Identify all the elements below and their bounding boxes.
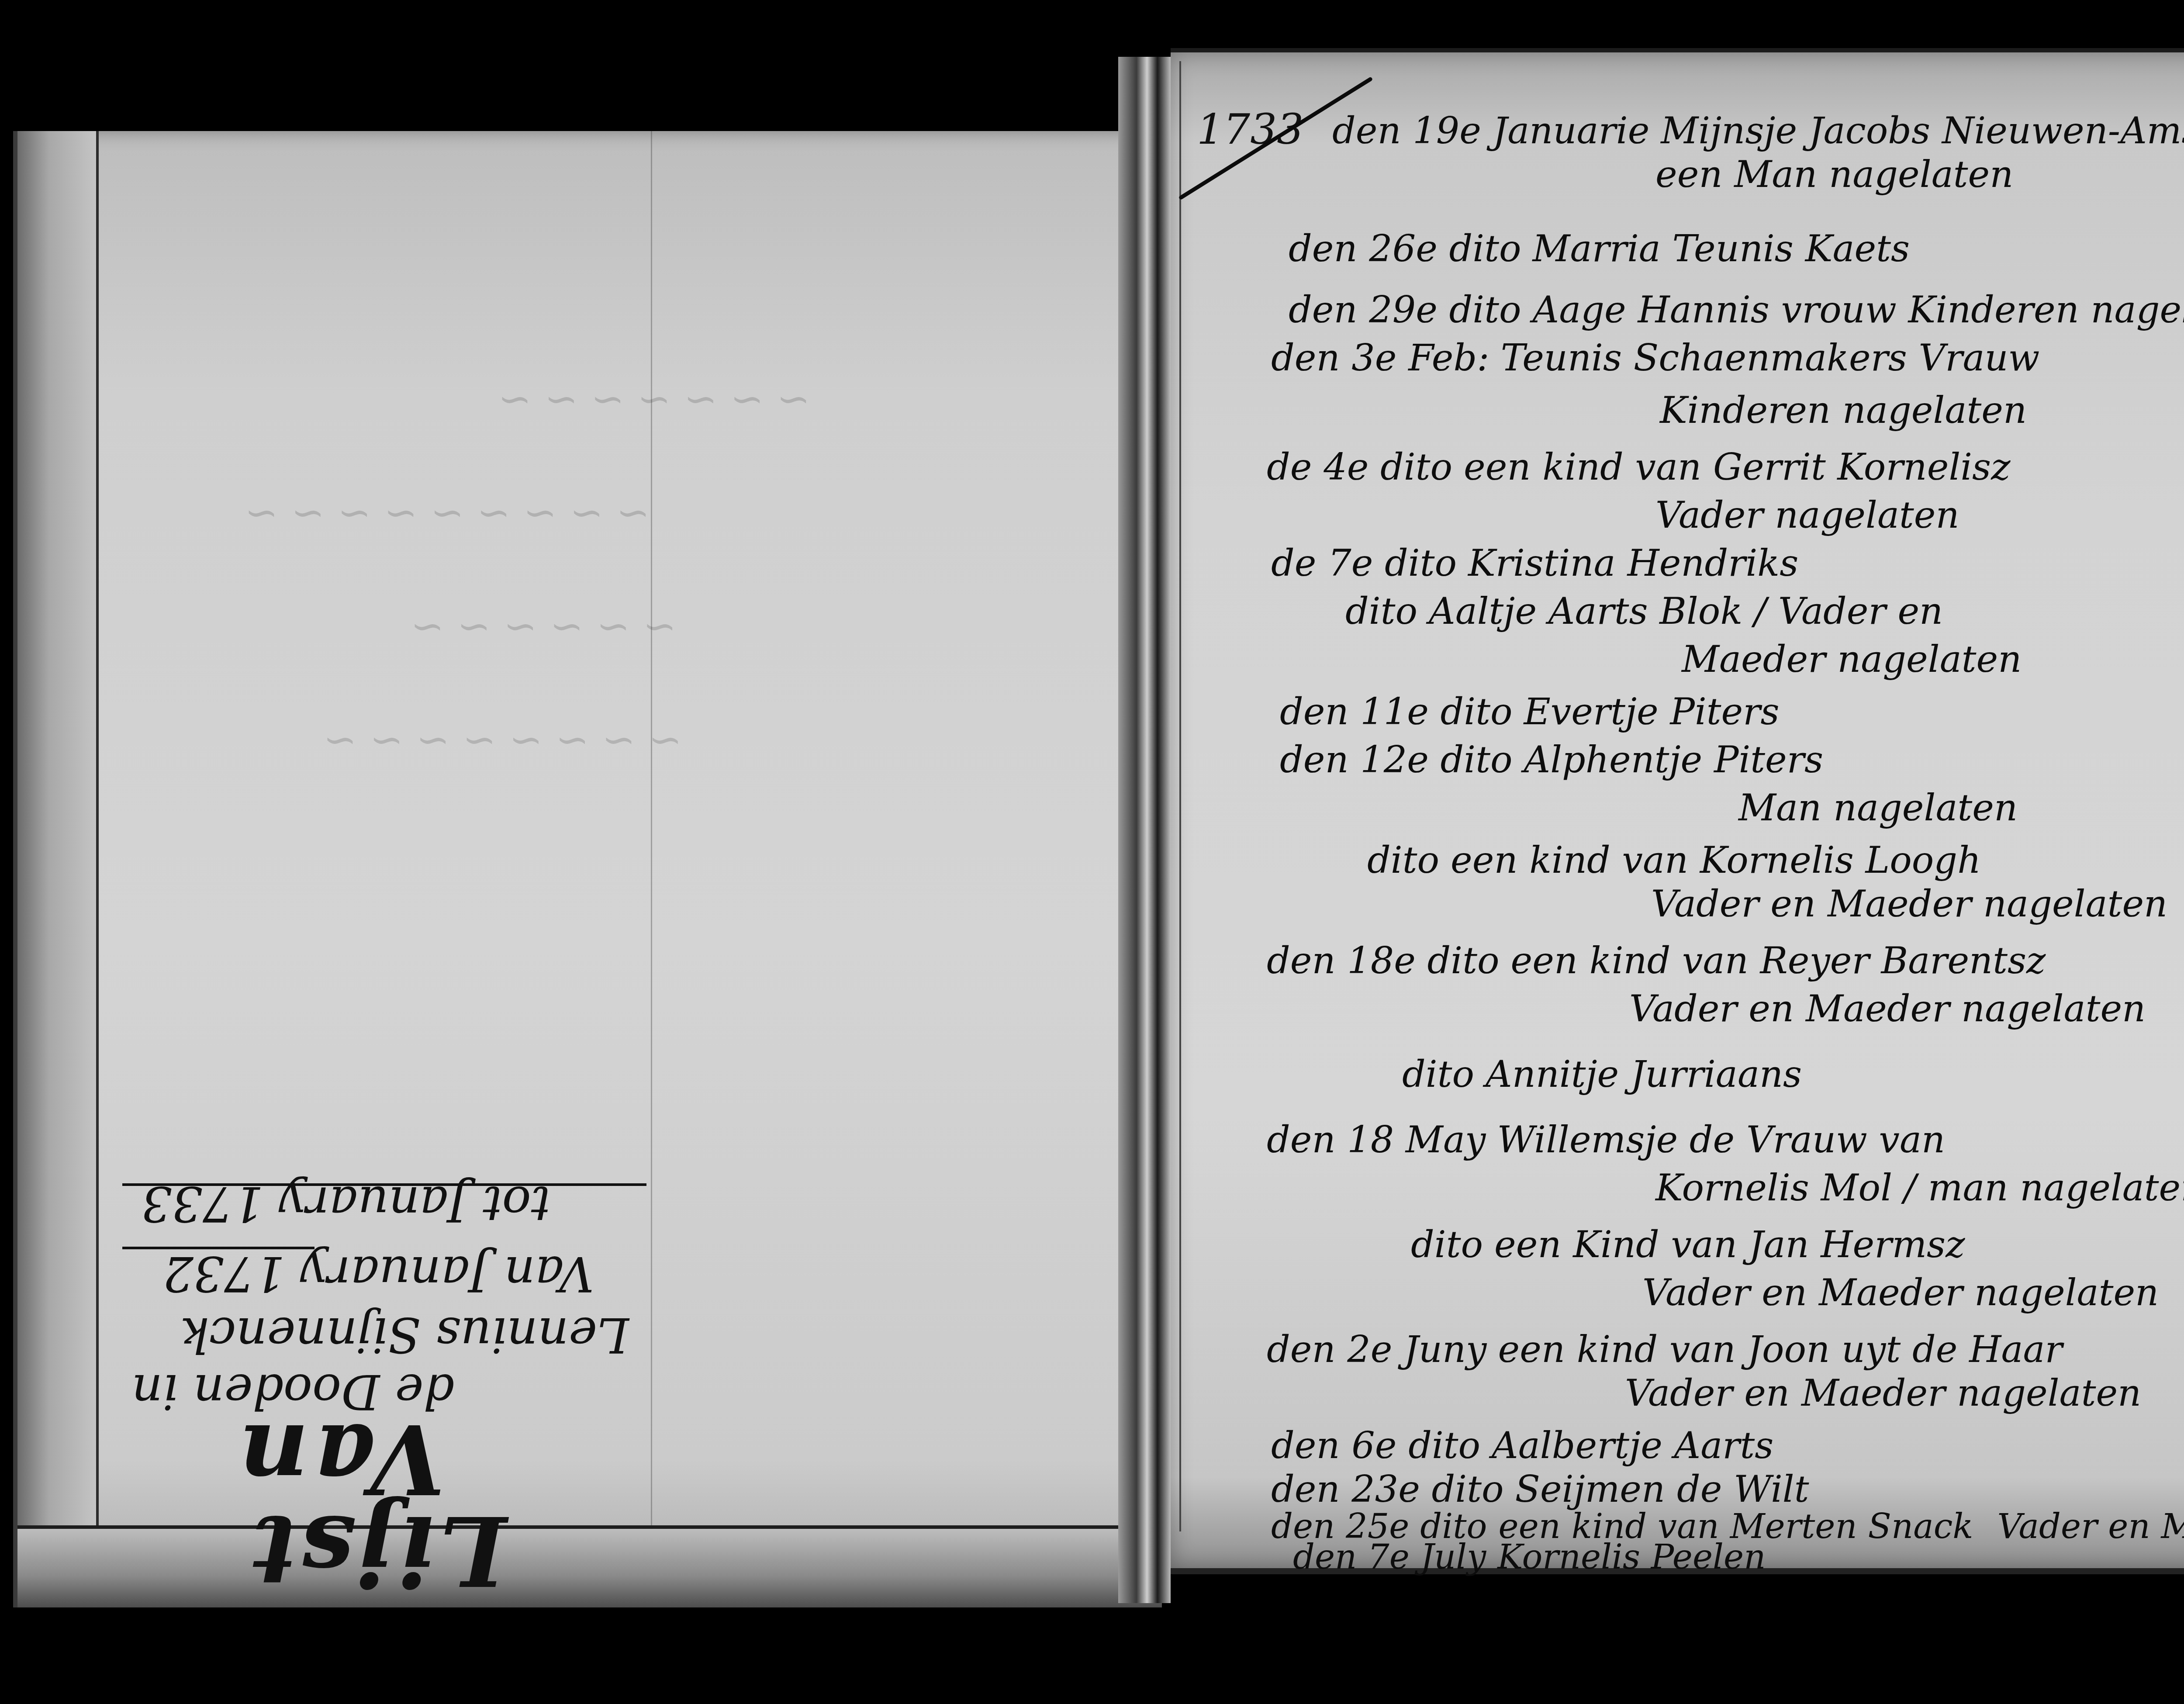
entry-note: Vader en Maeder nagelaten — [1642, 1271, 2159, 1314]
register-entry: ditoeen Kind van Jan Hermsz — [1411, 1223, 1965, 1266]
entry-date: dito — [1345, 590, 1417, 633]
entry-date: den 26e dito — [1289, 227, 1521, 270]
entry-text: Teunis Schaenmakers Vrauw — [1501, 336, 2040, 379]
entry-note: Man nagelaten — [1738, 786, 2018, 829]
entry-date: den 18e dito — [1267, 939, 1500, 982]
register-entry: den 29e ditoAage Hannis vrouw Kinderen n… — [1289, 288, 2184, 331]
entry-note: Vader en Maeder nagelaten — [1997, 1507, 2184, 1546]
register-entry: den 23e ditoSeijmen de Wilt — [1271, 1468, 1809, 1510]
entry-date: dito — [1402, 1053, 1474, 1096]
entry-note: Vader en Maeder nagelaten — [1625, 1372, 2141, 1414]
entry-text: een Kind van Jan Hermsz — [1494, 1223, 1965, 1266]
register-entry: de 4e ditoeen kind van Gerrit Kornelisz — [1267, 446, 2010, 488]
entry-note: een Man nagelaten — [1655, 153, 2013, 196]
entry-text: Willemsje de Vrauw van — [1497, 1118, 1945, 1161]
entry-date: de 4e dito — [1267, 446, 1452, 488]
entry-text: Evertje Piters — [1524, 690, 1780, 733]
register-entry: ditoAaltje Aarts Blok / Vader en — [1345, 590, 1943, 633]
register-entry: den 3e Feb:Teunis Schaenmakers Vrauw — [1271, 336, 2040, 379]
entry-date: dito — [1367, 839, 1439, 881]
entry-date: den 18 May — [1267, 1118, 1486, 1161]
entry-note: Kornelis Mol / man nagelaten — [1655, 1166, 2184, 1209]
entry-text: Kristina Hendriks — [1468, 542, 1798, 584]
register-entry: de 7e ditoKristina Hendriks — [1271, 542, 1798, 584]
title-line-period-start: Van January 1732 — [163, 1246, 594, 1302]
entry-date: den 19e Januarie — [1332, 109, 1649, 152]
entry-text: een kind van Reyer Barentsz — [1511, 939, 2046, 982]
entry-note: Vader en Maeder nagelaten — [1629, 987, 2146, 1030]
register-entry: ditoAnnitje Jurriaans — [1402, 1053, 1802, 1096]
bleed-through-text: ~ ~ ~ ~ ~ ~ ~ ~ — [323, 716, 682, 763]
title-line-period-end: tot January 1733 — [142, 1176, 550, 1232]
register-entry: den 2e Junyeen kind van Joon uyt de Haar — [1267, 1328, 2063, 1371]
entry-date: den 11e dito — [1280, 690, 1513, 733]
bleed-through-text: ~ ~ ~ ~ ~ ~ ~ — [498, 376, 810, 422]
entry-date: de 7e dito — [1271, 542, 1457, 584]
entry-text: Aage Hannis vrouw — [1533, 288, 1897, 331]
title-line-lijst: Lijst — [248, 1494, 507, 1607]
entry-text: een kind van Kornelis Loogh — [1451, 839, 1981, 881]
entry-text: Marria Teunis Kaets — [1533, 227, 1910, 270]
entry-date: den 29e dito — [1289, 288, 1521, 331]
entry-text: een kind van Joon uyt de Haar — [1498, 1328, 2062, 1371]
bleed-through-text: ~ ~ ~ ~ ~ ~ — [411, 603, 677, 650]
entry-text: Aaltje Aarts Blok / Vader en — [1429, 590, 1943, 633]
entry-date: den 6e dito — [1271, 1424, 1480, 1467]
entry-date: den 3e Feb: — [1271, 336, 1489, 379]
register-entry: den 18e ditoeen kind van Reyer Barentsz — [1267, 939, 2046, 982]
entry-date: den 12e dito — [1280, 738, 1513, 781]
book-gutter — [1118, 57, 1171, 1603]
entry-text: Seijmen de Wilt — [1515, 1468, 1809, 1510]
entry-note: Kinderen nagelaten — [1908, 288, 2184, 331]
bleed-through-text: ~ ~ ~ ~ ~ ~ ~ ~ ~ — [245, 489, 650, 536]
entry-note: Vader en Maeder nagelaten — [1651, 882, 2167, 925]
register-entry: den 6e ditoAalbertje Aarts — [1271, 1424, 1773, 1467]
entry-date: den 23e dito — [1271, 1468, 1504, 1510]
right-page: 1733 den 19e JanuarieMijnsje Jacobs Nieu… — [1171, 48, 2184, 1574]
entry-text: Kornelis Peelen — [1497, 1538, 1766, 1577]
entry-date: den 7e July — [1293, 1538, 1486, 1577]
register-entry: den 26e ditoMarria Teunis Kaets — [1289, 227, 1910, 270]
rotated-register-title: tot January 1733 Van January 1732 Lenniu… — [105, 1144, 673, 1581]
entry-text: Aalbertje Aarts — [1492, 1424, 1773, 1467]
entry-text: een kind van Gerrit Kornelisz — [1464, 446, 2010, 488]
right-page-margin-rule — [1179, 61, 1181, 1531]
register-entry: den 18 MayWillemsje de Vrauw van — [1267, 1118, 1945, 1161]
entry-note: Vader nagelaten — [1655, 494, 1959, 536]
entry-note: Kinderen nagelaten — [1660, 389, 2027, 432]
register-entry: ditoeen kind van Kornelis Loogh — [1367, 839, 1981, 881]
register-entry: den 7e JulyKornelis Peelen — [1293, 1538, 1766, 1577]
entry-date: den 2e Juny — [1267, 1328, 1486, 1371]
left-page: ~ ~ ~ ~ ~ ~ ~ ~ ~ ~ ~ ~ ~ ~ ~ ~ ~ ~ ~ ~ … — [13, 131, 1162, 1607]
entry-note: Maeder nagelaten — [1682, 638, 2022, 681]
register-entry: den 12e ditoAlphentje Piters — [1280, 738, 1823, 781]
entry-text: Annitje Jurriaans — [1486, 1053, 1802, 1096]
register-entry: den 19e JanuarieMijnsje Jacobs Nieuwen-A… — [1332, 109, 2184, 152]
register-entry: den 11e ditoEvertje Piters — [1280, 690, 1780, 733]
title-line-place: Lennius Sijnnenck — [180, 1307, 629, 1363]
entry-text: Alphentje Piters — [1524, 738, 1824, 781]
left-page-binding-edge — [17, 131, 99, 1607]
entry-date: dito — [1411, 1223, 1483, 1266]
entry-text: Mijnsje Jacobs Nieuwen-Amstel — [1661, 109, 2184, 152]
